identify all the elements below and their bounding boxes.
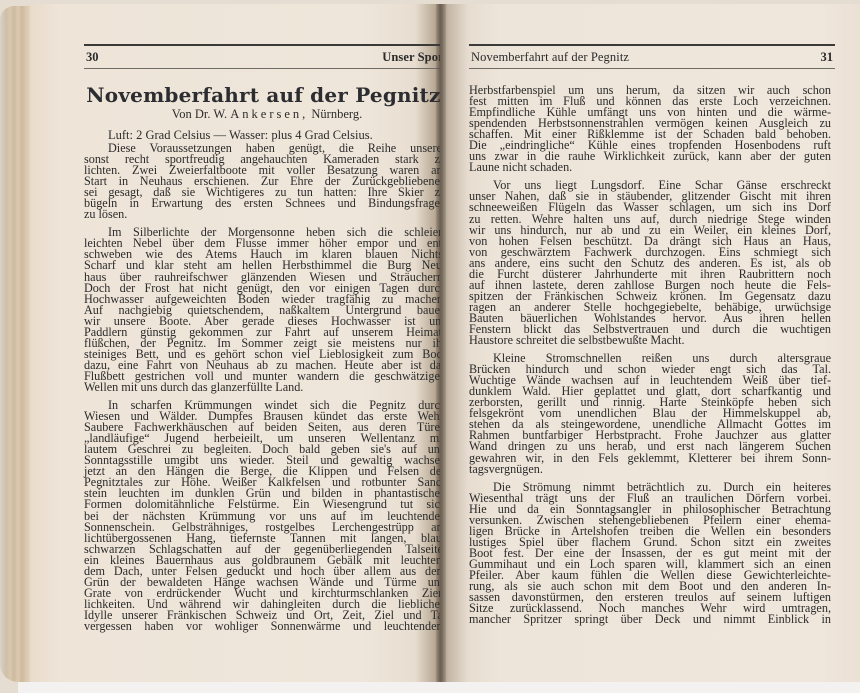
text-line: vergessen haben vor wohliger Sonnenwärme…	[84, 621, 446, 632]
byline-prefix: Von Dr. W.	[172, 107, 227, 121]
text-line: bügeln in Erwartung des ersten Schnees u…	[84, 198, 446, 209]
paragraph: Vor uns liegt Lungsdorf. Eine Schar Gäns…	[469, 180, 831, 346]
text-line: zu lösen.	[84, 209, 446, 220]
paragraph: Kleine Stromschnellen reißen uns durch a…	[469, 353, 831, 475]
paragraph: Diese Voraussetzungen haben genügt, die …	[84, 143, 446, 220]
left-running-head: 30 Unser Sport	[84, 44, 450, 69]
paragraph: In scharfen Krümmungen windet sich die P…	[84, 400, 446, 632]
page-number: 31	[821, 50, 834, 65]
right-body-text: Herbstfarbenspiel um uns herum, da sitze…	[469, 85, 831, 632]
open-book: 30 Unser Sport Novemberfahrt auf der Peg…	[0, 0, 860, 693]
article-title: Novemberfahrt auf der Pegnitz.	[84, 83, 450, 107]
text-line: tagsvergnügen.	[469, 464, 831, 475]
paragraph: Im Silberlichte der Morgensonne heben si…	[84, 227, 446, 393]
page-number: 30	[86, 50, 99, 65]
byline-author: Ankersen,	[230, 107, 308, 121]
running-head-title: Novemberfahrt auf der Pegnitz	[471, 50, 629, 65]
text-line: Laune nicht schaden.	[469, 162, 831, 173]
text-line: mancher Spritzer springt über Deck und n…	[469, 614, 831, 625]
book-spine	[436, 4, 446, 682]
background-surface	[18, 682, 860, 693]
left-body-text: Diese Voraussetzungen haben genügt, die …	[84, 143, 446, 639]
text-line: Wellen mit uns durch das glanzerfüllte L…	[84, 382, 446, 393]
right-running-head: Novemberfahrt auf der Pegnitz 31	[469, 44, 835, 69]
left-page: 30 Unser Sport Novemberfahrt auf der Peg…	[30, 4, 440, 682]
text-line: Haustore schreitet die selbstbewußte Mac…	[469, 335, 831, 346]
byline: Von Dr. W. Ankersen, Nürnberg.	[84, 107, 450, 122]
paragraph: Die Strömung nimmt beträchtlich zu. Durc…	[469, 482, 831, 626]
book-page-edges	[0, 6, 34, 682]
right-page: Novemberfahrt auf der Pegnitz 31 Herbstf…	[440, 4, 860, 682]
paragraph: Herbstfarbenspiel um uns herum, da sitze…	[469, 85, 831, 173]
byline-place: Nürnberg.	[311, 107, 362, 121]
